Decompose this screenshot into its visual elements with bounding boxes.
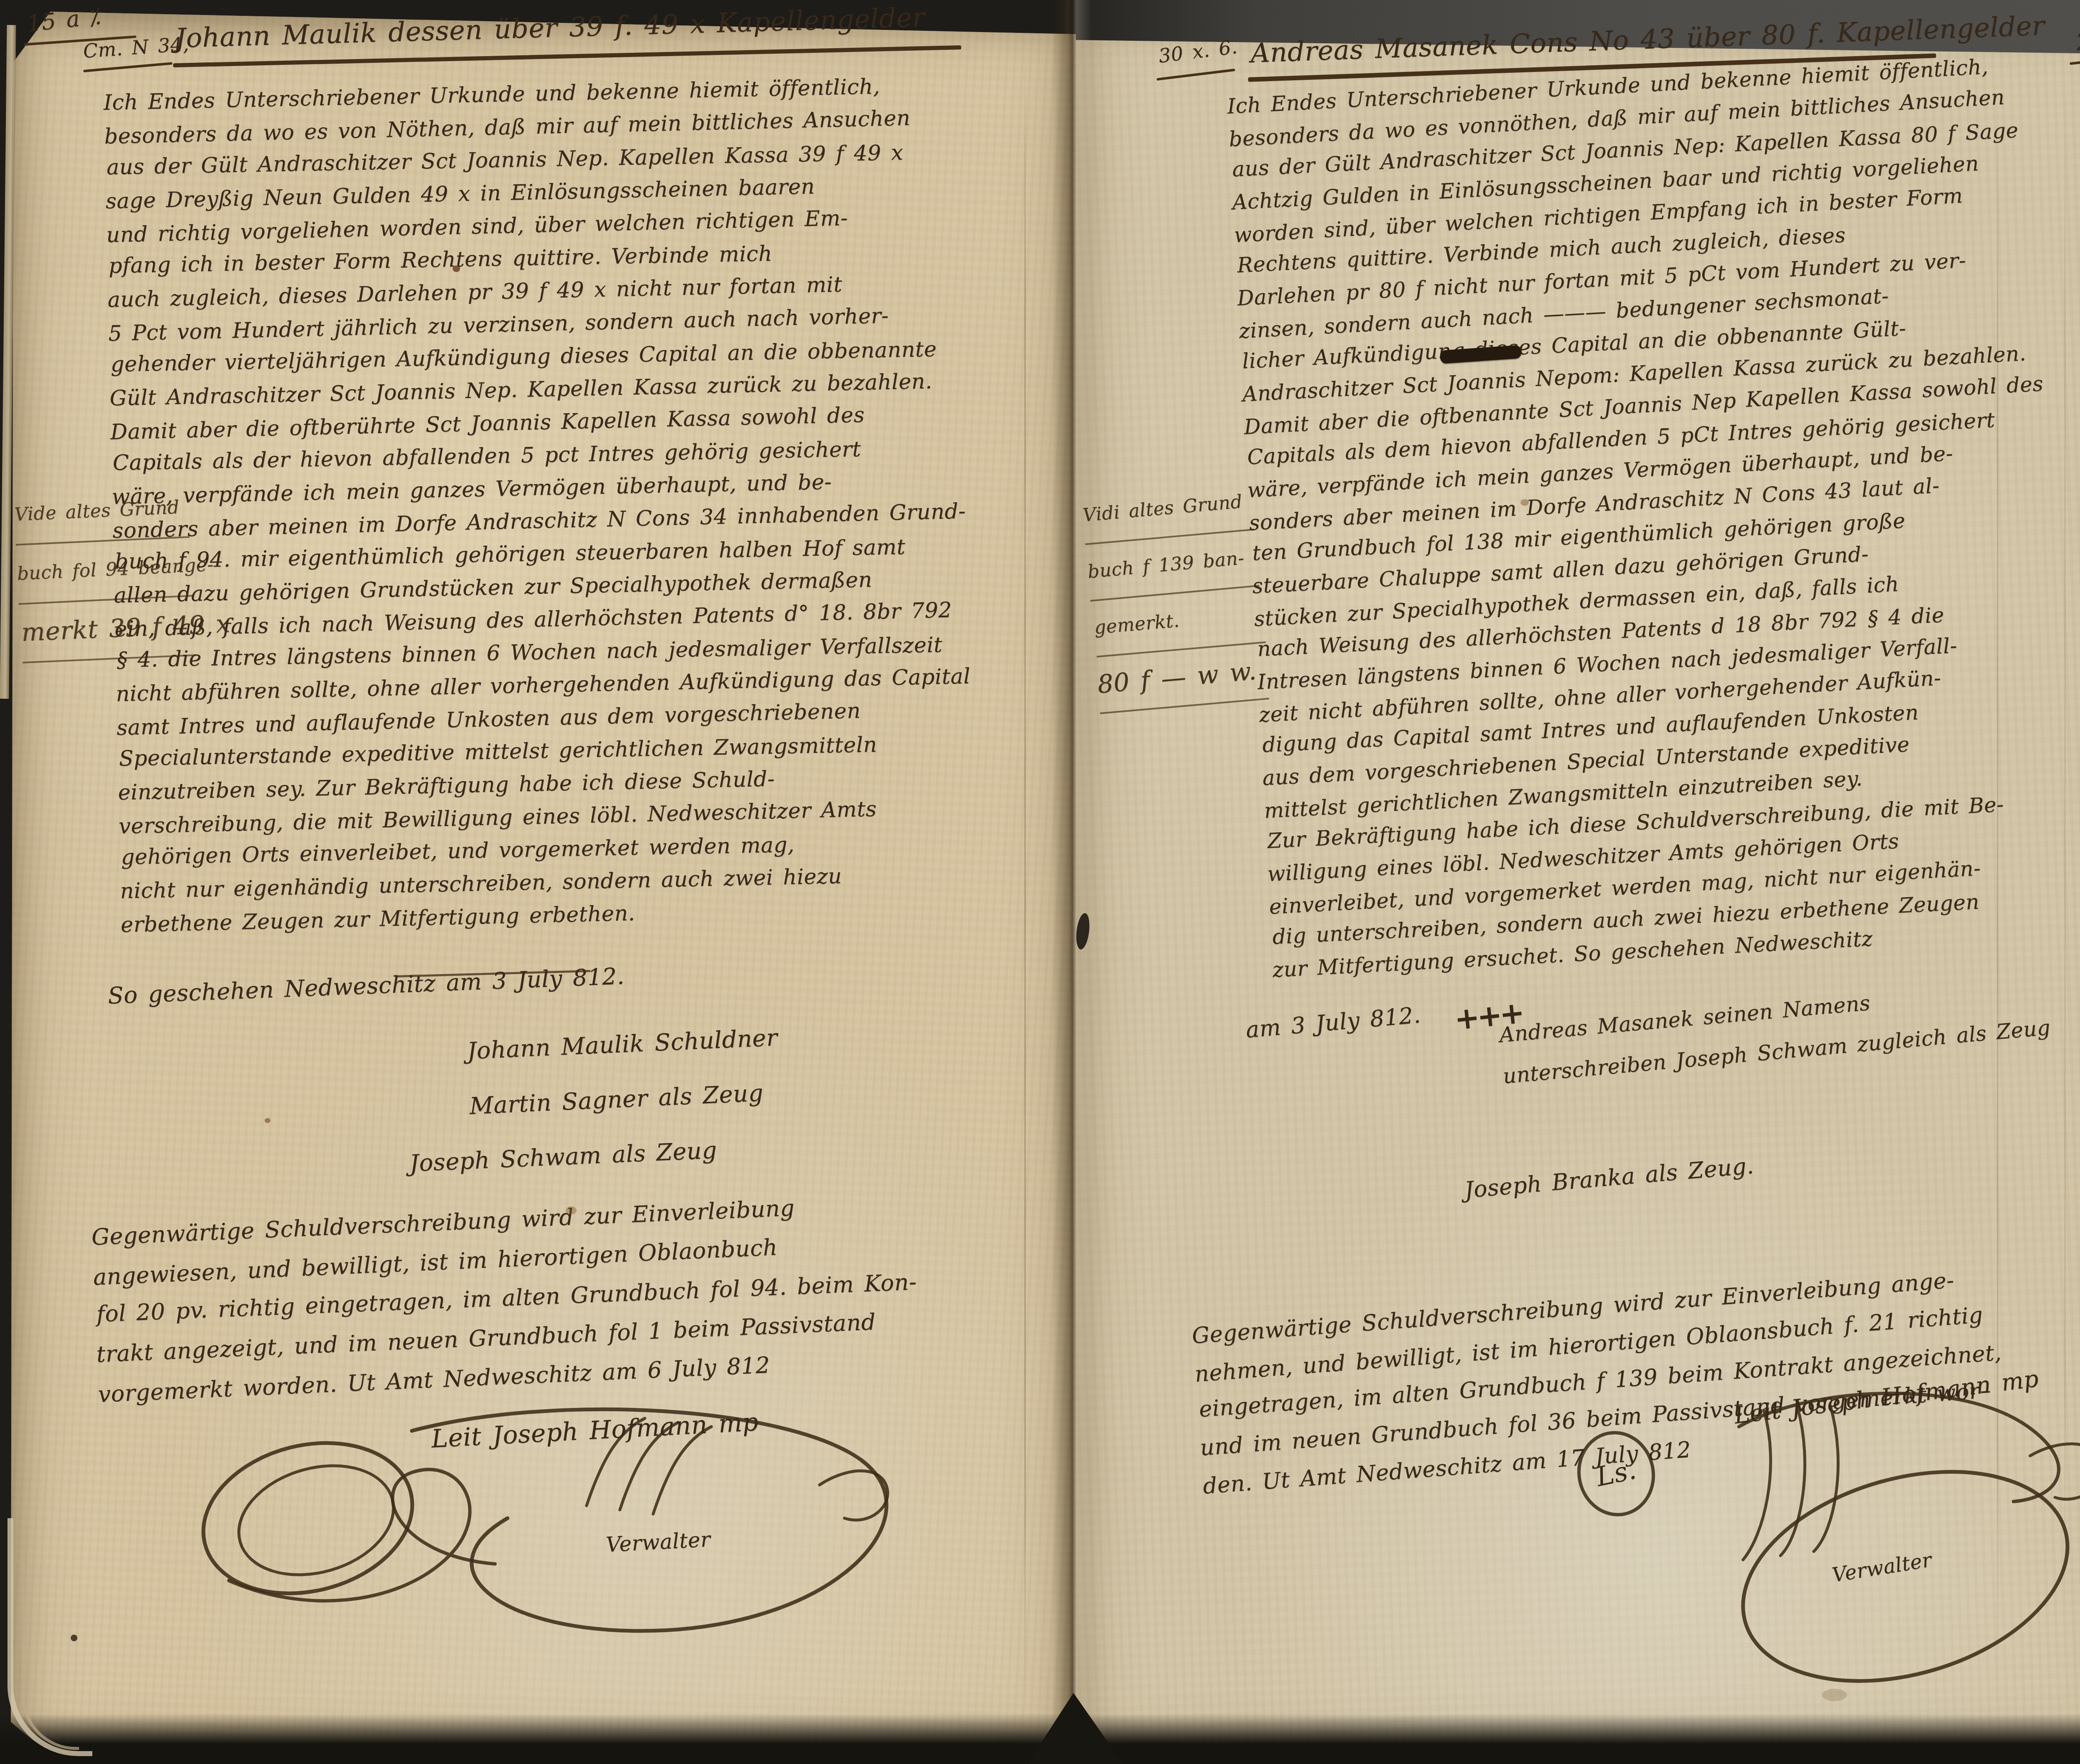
stain-spot (71, 1635, 77, 1641)
text-line: gemerkt. (1092, 591, 1266, 658)
right-margin-note: Vidi altes Grundbuch f 139 ban-gemerkt.8… (1081, 478, 1266, 718)
right-body-text: Ich Endes Unterschriebener Urkunde und b… (1226, 49, 2063, 986)
book-gutter (1052, 0, 1092, 1764)
stain-spot (265, 1118, 270, 1123)
page-stack-corner-inner (22, 1564, 79, 1750)
left-body-text: Ich Endes Unterschriebener Urkunde und b… (103, 68, 1020, 941)
stain-spot (1520, 499, 1529, 506)
stain-spot (566, 1206, 577, 1215)
left-signatures: Johann Maulik SchuldnerMartin Sagner als… (466, 1010, 784, 1188)
text-line: buch f 139 ban- (1086, 534, 1260, 602)
manuscript-scan: 15 a ⁒ Cm. N 34, Johann Maulik dessen üb… (0, 0, 2080, 1764)
stain-spot (1822, 1689, 1847, 1701)
fold-crease-left (1024, 50, 1026, 1714)
text-line: 80 f — w w. (1096, 647, 1269, 714)
seal-label: Ls. (1594, 1455, 1639, 1493)
stain-spot (453, 265, 460, 272)
left-registration-note: Gegenwärtige Schuldverschreibung wird zu… (91, 1179, 1030, 1413)
